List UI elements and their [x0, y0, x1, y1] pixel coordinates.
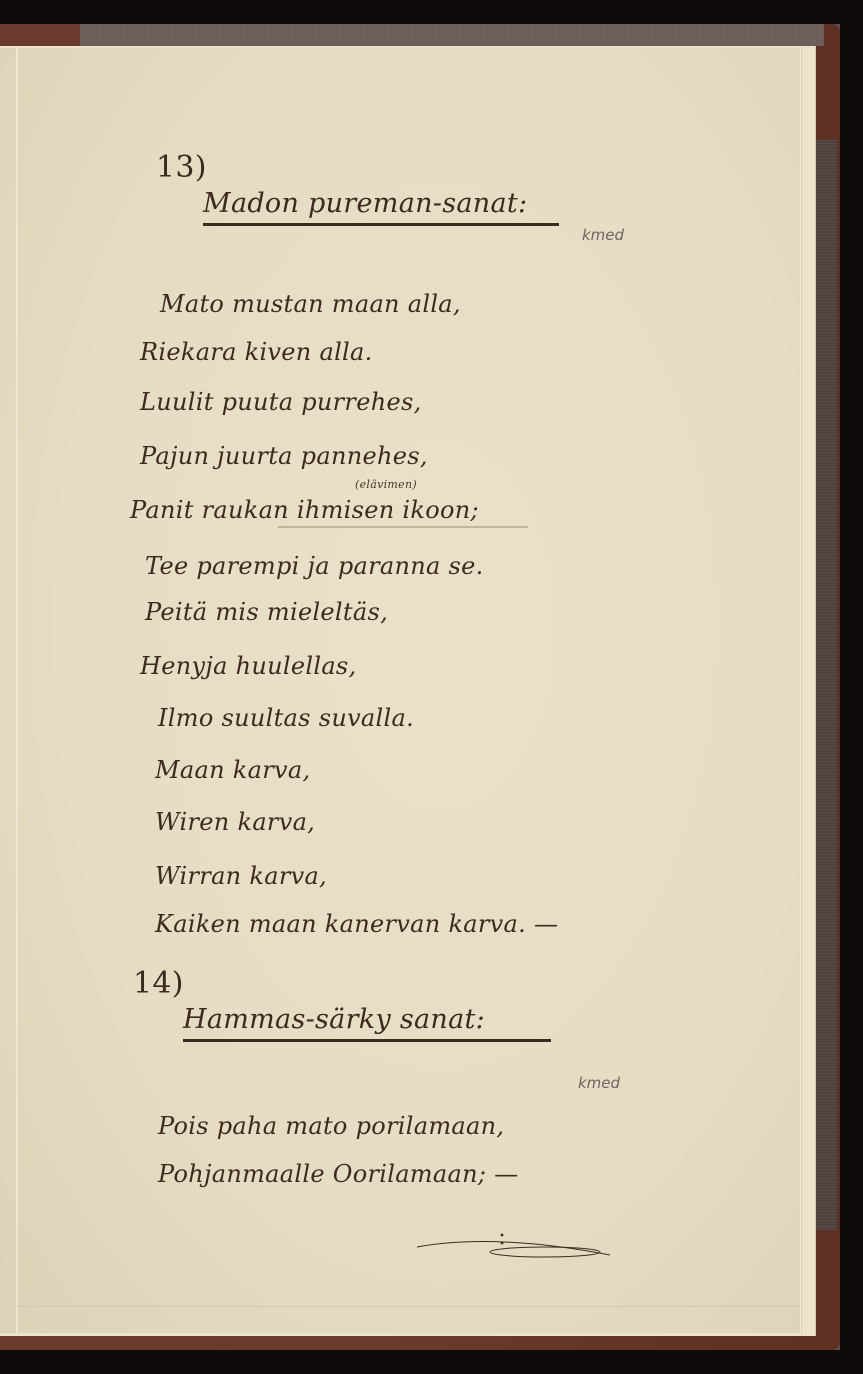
- verse-line: Kaiken maan kanervan karva. —: [155, 910, 558, 938]
- verse-line: Peitä mis mieleltäs,: [145, 598, 388, 626]
- section-number: 14): [133, 966, 184, 1001]
- verse-line: Ilmo suultas suvalla.: [158, 704, 414, 732]
- pencil-underline: [278, 526, 528, 528]
- verse-line: Wiren karva,: [155, 808, 315, 836]
- verse-line: Pohjanmaalle Oorilamaan; —: [158, 1160, 518, 1188]
- verse-line: Pajun juurta pannehes,: [140, 442, 428, 470]
- verse-line: Riekara kiven alla.: [140, 338, 373, 366]
- verse-line: Pois paha mato porilamaan,: [158, 1112, 504, 1140]
- section-number: 13): [156, 150, 207, 185]
- section-heading: Madon pureman-sanat:: [203, 188, 559, 226]
- verse-line: Panit raukan ihmisen ikoon;: [130, 496, 479, 524]
- binding-cloth-strip-right: [815, 140, 837, 1230]
- pencil-annotation: kmed: [582, 226, 624, 244]
- verse-line: Henyja huulellas,: [140, 652, 356, 680]
- verse-line: Maan karva,: [155, 756, 310, 784]
- verse-line: Mato mustan maan alla,: [160, 290, 461, 318]
- binding-cloth-strip-top: [80, 24, 824, 46]
- page-bottom-edge: [16, 1306, 800, 1307]
- verse-line: Luulit puuta purrehes,: [140, 388, 422, 416]
- verse-line: Tee parempi ja paranna se.: [145, 552, 484, 580]
- manuscript-page: [0, 48, 800, 1333]
- section-heading: Hammas-särky sanat:: [183, 1004, 551, 1042]
- pencil-annotation: kmed: [578, 1074, 620, 1092]
- interlinear-gloss: (elävimen): [355, 478, 417, 491]
- page-fold-line: [16, 48, 18, 1333]
- verse-line: Wirran karva,: [155, 862, 327, 890]
- closing-flourish: [415, 1225, 615, 1265]
